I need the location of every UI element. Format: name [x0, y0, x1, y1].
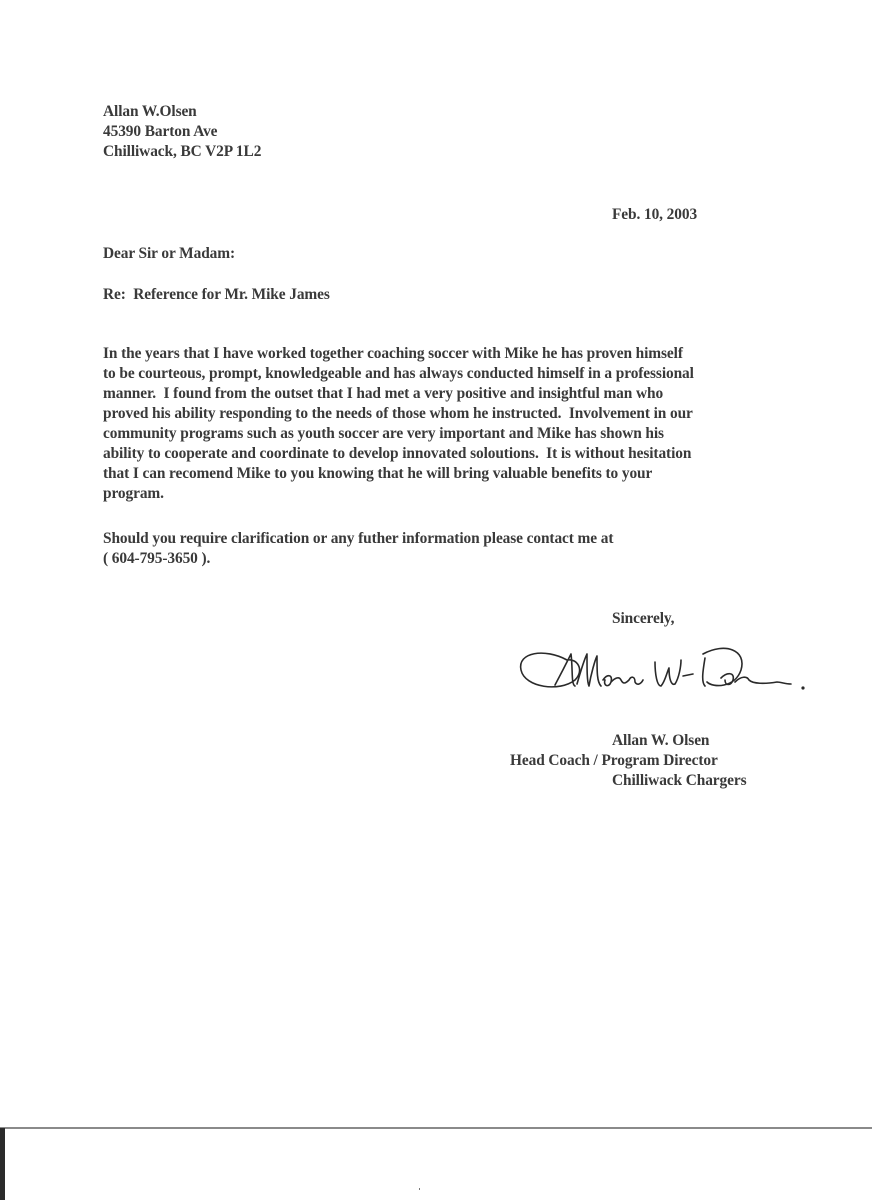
sender-city: Chilliwack, BC V2P 1L2: [103, 142, 261, 162]
body-line: In the years that I have worked together…: [103, 344, 783, 364]
contact-phone: ( 604-795-3650 ).: [103, 549, 613, 569]
signoff-organization: Chilliwack Chargers: [612, 771, 746, 791]
signature-icon: [515, 640, 815, 710]
letter-body: In the years that I have worked together…: [103, 344, 783, 504]
scan-border: [0, 1128, 5, 1200]
letter-date: Feb. 10, 2003: [612, 205, 697, 225]
signoff-title: Head Coach / Program Director: [510, 751, 718, 771]
scan-page-edge: [0, 1127, 872, 1129]
body-line: that I can recomend Mike to you knowing …: [103, 464, 783, 484]
body-line: manner. I found from the outset that I h…: [103, 384, 783, 404]
body-line: to be courteous, prompt, knowledgeable a…: [103, 364, 783, 384]
closing: Sincerely,: [612, 609, 674, 629]
body-line: program.: [103, 484, 783, 504]
contact-paragraph: Should you require clarification or any …: [103, 529, 613, 569]
body-line: ability to cooperate and coordinate to d…: [103, 444, 783, 464]
sender-address: Allan W.Olsen 45390 Barton Ave Chilliwac…: [103, 102, 261, 162]
body-line: community programs such as youth soccer …: [103, 424, 783, 444]
letter-page: Allan W.Olsen 45390 Barton Ave Chilliwac…: [0, 0, 872, 1128]
contact-line: Should you require clarification or any …: [103, 529, 613, 549]
salutation: Dear Sir or Madam:: [103, 244, 235, 264]
sender-street: 45390 Barton Ave: [103, 122, 261, 142]
sender-name: Allan W.Olsen: [103, 102, 261, 122]
scan-speck: [419, 1188, 420, 1190]
body-line: proved his ability responding to the nee…: [103, 404, 783, 424]
signoff-name: Allan W. Olsen: [612, 731, 709, 751]
subject-line: Re: Reference for Mr. Mike James: [103, 285, 330, 305]
